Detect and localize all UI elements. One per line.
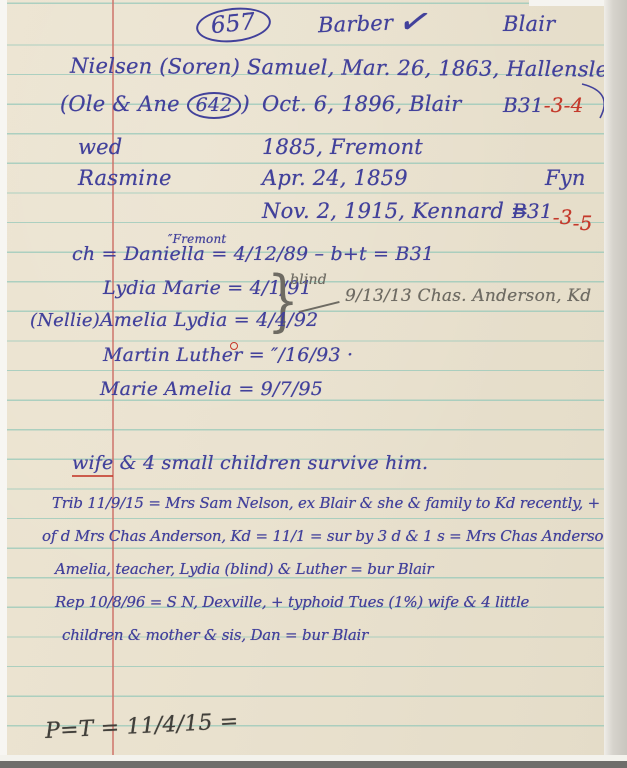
child-4: Martin Luther = ″/16/93 · [103,344,353,366]
survivors-underlined-word: wife [72,452,113,477]
scan-edge-bottom-dark [0,761,627,768]
child-5: Marie Amelia = 9/7/95 [100,378,323,400]
plot1-red: -3-4 [544,93,584,117]
spouse-death: Nov. 2, 1915, Kennard = [262,199,529,223]
scan-edge-left [0,0,7,768]
parents-names: (Ole & Ane [60,92,180,116]
plot2-red-b: -5 [573,211,593,235]
note-line-4: Rep 10/8/96 = S N, Dexville, + typhoid T… [55,593,529,611]
child-3: Amelia Lydia = 4/4/92 [100,309,318,331]
file-number: 657 [194,4,272,46]
parents-close: ) [241,92,249,116]
cemetery-plot-1: B31-3-4 [503,93,584,117]
survivors-line: wife & 4 small children survive him. [72,452,428,474]
note-line-5: children & mother & sis, Dan = bur Blair [62,626,368,644]
note-line-2: of d Mrs Chas Anderson, Kd = 11/1 = sur … [42,527,617,545]
survivors-rest: & 4 small children survive him. [113,452,428,474]
checked-date: P=T = 11/4/15 = [44,709,239,744]
town: Blair [503,12,555,36]
parents-ref-circled: 642 [187,92,242,119]
scan-edge-top [529,0,604,6]
child-1: ch = Daniella = 4/12/89 – b+t = B31 [72,243,434,265]
plot2-red-a: -3 [553,205,573,229]
cemetery-plot-2: B31-3-5 [512,199,593,223]
spouse-birthplace: Fyn [545,166,586,190]
spouse-name: Rasmine [78,166,172,190]
marriage-pencil-note: 9/13/13 Chas. Anderson, Kd [345,286,591,306]
file-number-circled: 657 [196,8,271,42]
parents-line: (Ole & Ane 642) [60,92,250,119]
wed-line: 1885, Fremont [262,135,423,159]
surname: Barber [318,11,394,38]
death-line: Oct. 6, 1896, Blair [262,92,462,116]
plot2-blue: B31 [512,199,553,223]
note-line-3: Amelia, teacher, Lydia (blind) & Luther … [55,560,433,578]
child-1-insert: ″Fremont [168,232,226,246]
blind-note: blind [290,272,327,288]
note-line-1: Trib 11/9/15 = Mrs Sam Nelson, ex Blair … [52,494,627,512]
child-3-nickname: (Nellie) [30,310,100,331]
scan-edge-right [604,0,627,768]
plot1-blue: B31 [503,93,544,117]
check-mark: ✓ [394,0,437,45]
red-ring-mark [230,342,238,350]
spouse-birth: Apr. 24, 1859 [262,166,408,190]
wed-label: wed [78,135,122,159]
name-birth-line: Nielsen (Soren) Samuel, Mar. 26, 1863, H… [70,54,627,83]
record-page: 657 Barber ✓ Blair Nielsen (Soren) Samue… [0,0,627,768]
